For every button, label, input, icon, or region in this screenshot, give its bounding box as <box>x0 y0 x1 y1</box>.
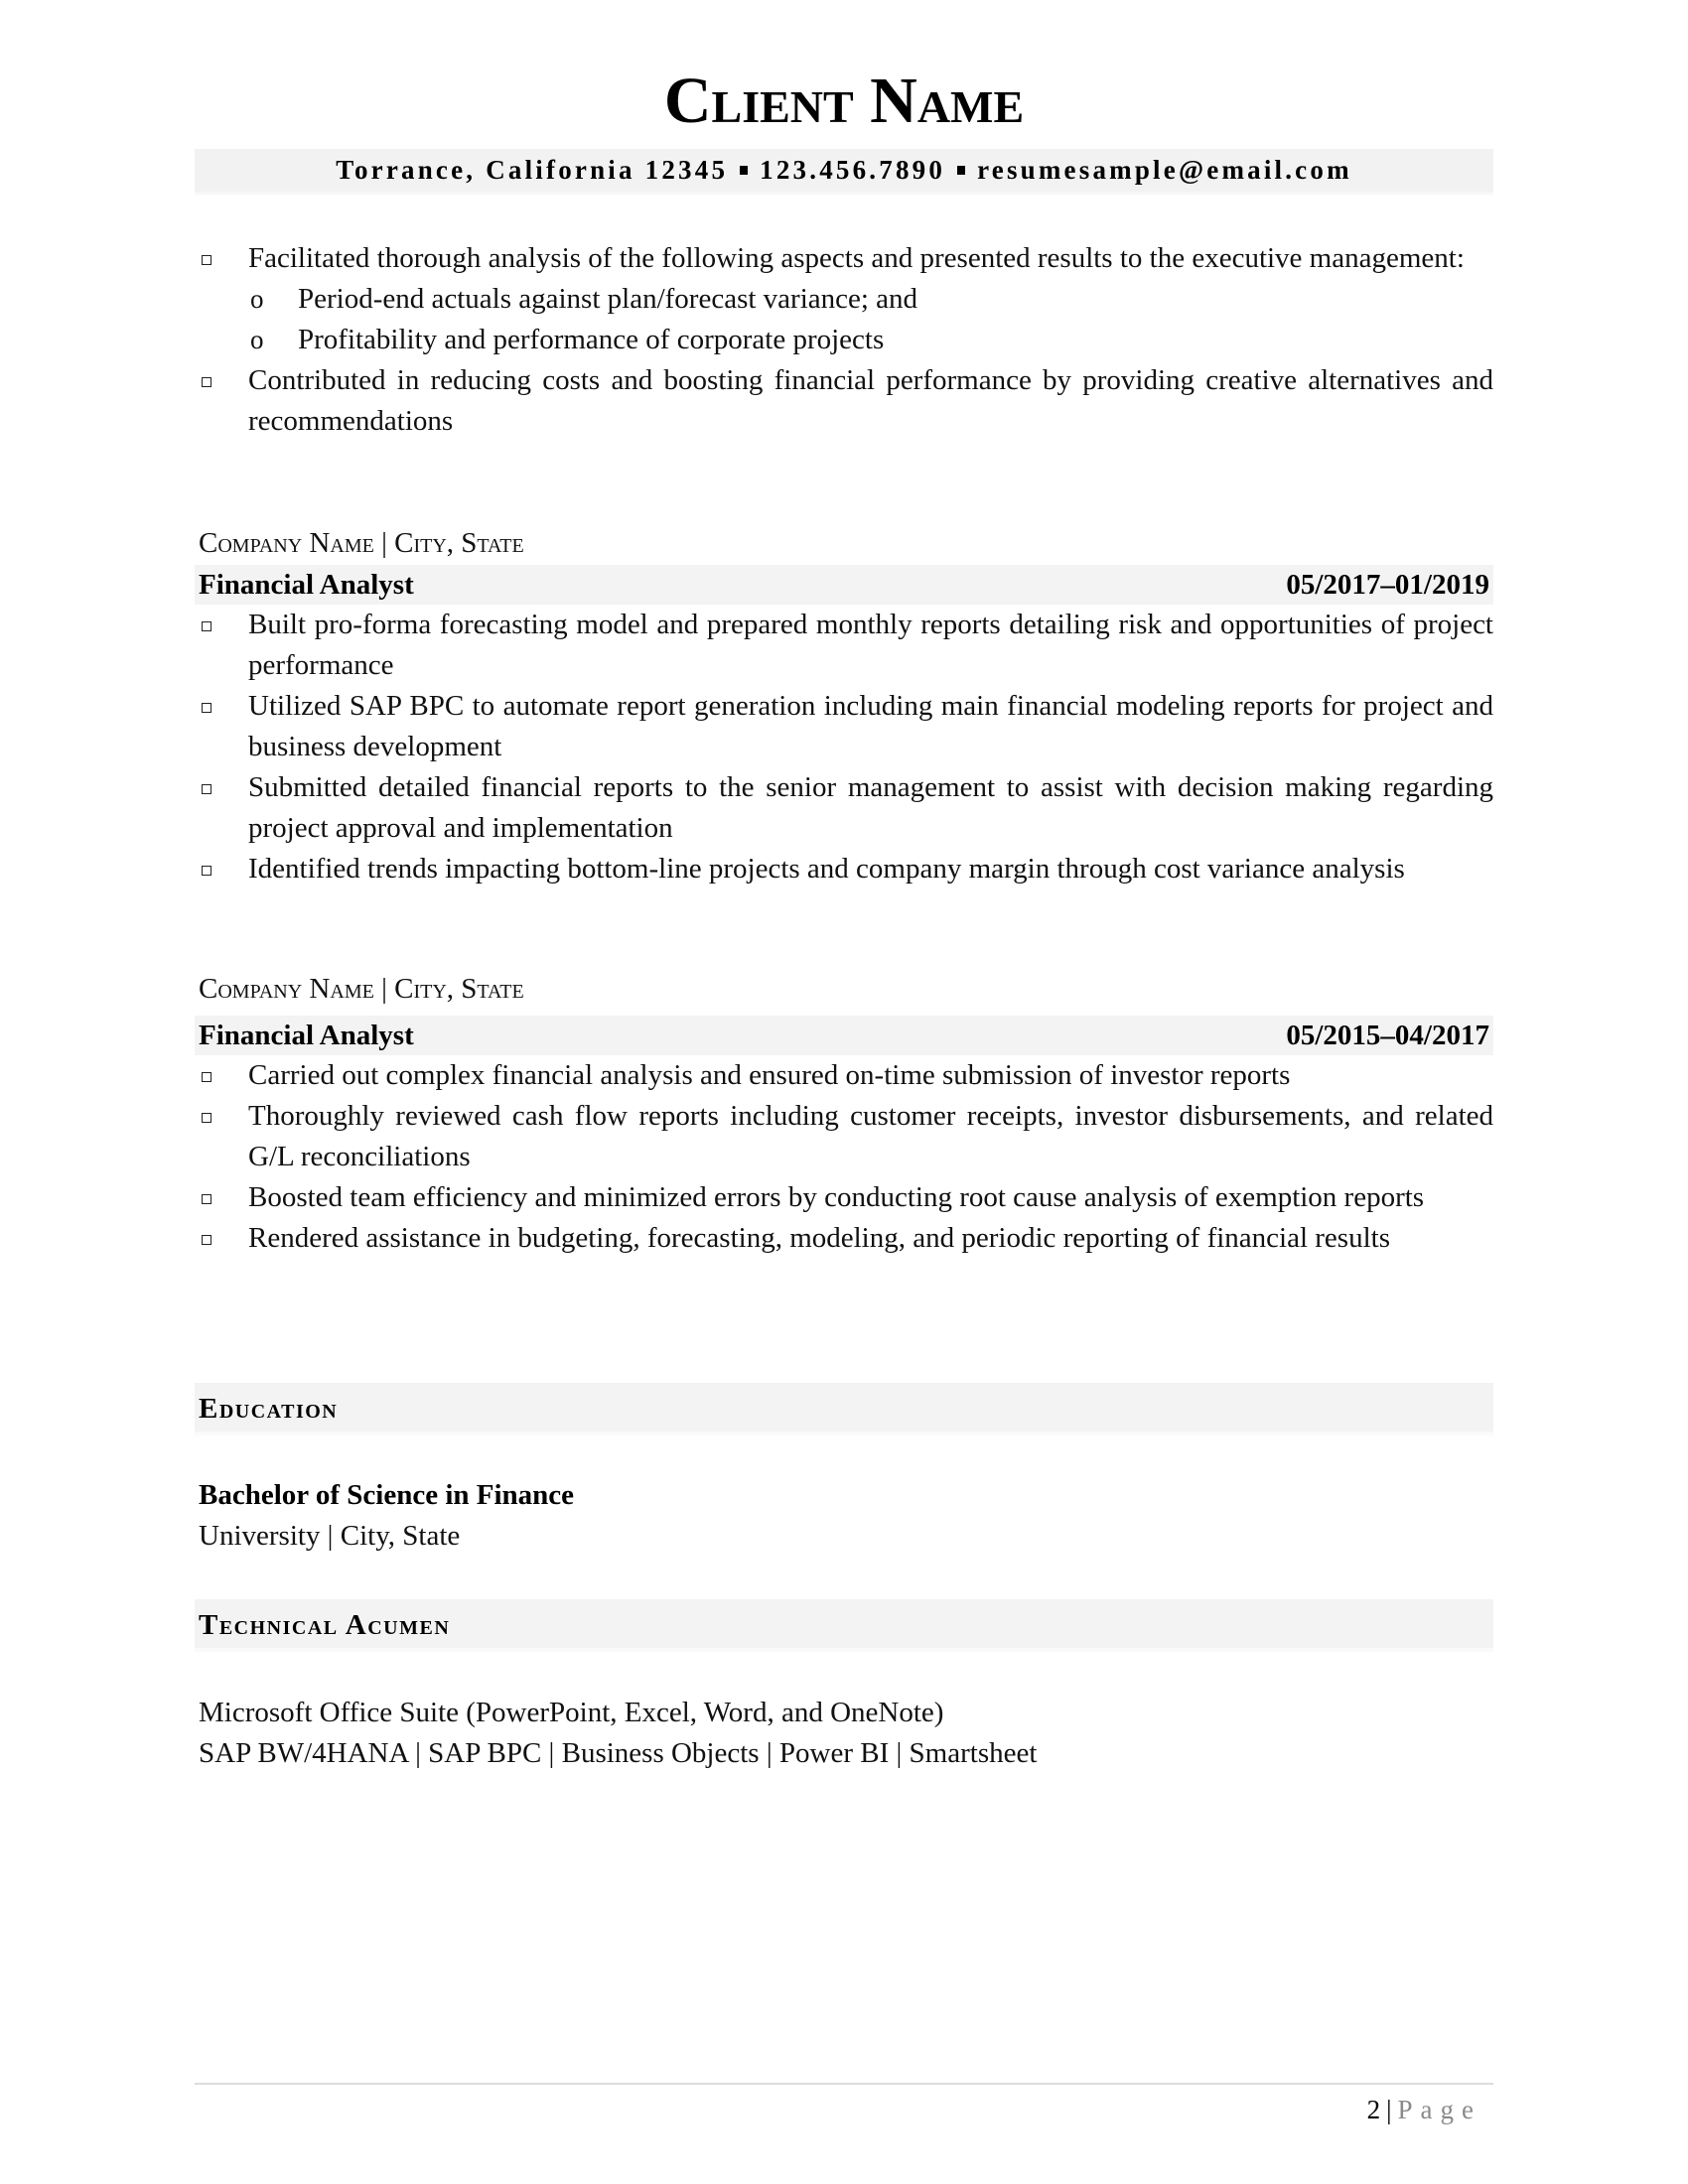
square-bullet-icon <box>202 784 211 794</box>
job-title-row: Financial Analyst 05/2017–01/2019 <box>199 565 1489 605</box>
page-footer: 2|Page <box>1192 2093 1481 2126</box>
square-bullet-icon <box>202 1072 211 1082</box>
technical-line: Microsoft Office Suite (PowerPoint, Exce… <box>199 1693 943 1733</box>
small-square-separator-icon <box>740 166 748 175</box>
list-item: Identified trends impacting bottom-line … <box>195 849 1493 889</box>
footer-divider <box>195 2083 1493 2085</box>
bullet-text: Utilized SAP BPC to automate report gene… <box>248 690 1493 762</box>
sub-list-item: oPeriod-end actuals against plan/forecas… <box>248 279 1493 320</box>
square-bullet-icon <box>202 703 211 713</box>
small-square-separator-icon <box>957 166 965 175</box>
list-item: Built pro-forma forecasting model and pr… <box>195 605 1493 686</box>
degree: Bachelor of Science in Finance <box>199 1475 574 1516</box>
list-item: Facilitated thorough analysis of the fol… <box>195 238 1493 360</box>
bullet-text: Facilitated thorough analysis of the fol… <box>248 242 1465 274</box>
sub-bullet-text: Profitability and performance of corpora… <box>298 324 884 355</box>
job-title: Financial Analyst <box>199 1016 414 1055</box>
company-line: Company Name | City, State <box>199 523 524 564</box>
square-bullet-icon <box>202 621 211 631</box>
list-item: Thoroughly reviewed cash flow reports in… <box>195 1096 1493 1177</box>
continued-bullets: Facilitated thorough analysis of the fol… <box>195 238 1493 442</box>
bullet-text: Identified trends impacting bottom-line … <box>248 853 1405 885</box>
job-dates: 05/2017–01/2019 <box>1286 565 1489 605</box>
bullet-text: Boosted team efficiency and minimized er… <box>248 1181 1424 1213</box>
contact-info: Torrance, California 12345123.456.7890re… <box>195 149 1493 192</box>
sub-bullet-text: Period-end actuals against plan/forecast… <box>298 283 917 315</box>
bullet-text: Thoroughly reviewed cash flow reports in… <box>248 1100 1493 1172</box>
list-item: Boosted team efficiency and minimized er… <box>195 1177 1493 1218</box>
job-dates: 05/2015–04/2017 <box>1286 1016 1489 1055</box>
school: University | City, State <box>199 1516 460 1557</box>
footer-separator: | <box>1386 2095 1391 2124</box>
technical-line: SAP BW/4HANA | SAP BPC | Business Object… <box>199 1733 1037 1774</box>
list-item: Submitted detailed financial reports to … <box>195 767 1493 849</box>
square-bullet-icon <box>202 1235 211 1245</box>
bullet-text: Submitted detailed financial reports to … <box>248 771 1493 844</box>
list-item: Contributed in reducing costs and boosti… <box>195 360 1493 442</box>
sub-list-item: oProfitability and performance of corpor… <box>248 320 1493 360</box>
square-bullet-icon <box>202 866 211 876</box>
education-band <box>195 1383 1493 1435</box>
list-item: Rendered assistance in budgeting, foreca… <box>195 1218 1493 1259</box>
square-bullet-icon <box>202 255 211 265</box>
contact-location: Torrance, California 12345 <box>336 155 728 185</box>
list-item: Carried out complex financial analysis a… <box>195 1055 1493 1096</box>
circle-bullet-icon: o <box>250 320 264 360</box>
page-word: Page <box>1398 2095 1481 2124</box>
job-bullets: Built pro-forma forecasting model and pr… <box>195 605 1493 889</box>
bullet-text: Contributed in reducing costs and boosti… <box>248 364 1493 437</box>
job-bullets: Carried out complex financial analysis a… <box>195 1055 1493 1259</box>
square-bullet-icon <box>202 1113 211 1123</box>
company-line: Company Name | City, State <box>199 969 524 1010</box>
list-item: Utilized SAP BPC to automate report gene… <box>195 686 1493 767</box>
contact-phone: 123.456.7890 <box>760 155 945 185</box>
section-heading-technical: Technical Acumen <box>199 1599 450 1648</box>
section-heading-education: Education <box>199 1383 338 1432</box>
square-bullet-icon <box>202 377 211 387</box>
page-number: 2 <box>1367 2095 1381 2124</box>
square-bullet-icon <box>202 1194 211 1204</box>
job-title-row: Financial Analyst 05/2015–04/2017 <box>199 1016 1489 1055</box>
client-name: Client Name <box>0 62 1688 141</box>
job-title: Financial Analyst <box>199 565 414 605</box>
bullet-text: Carried out complex financial analysis a… <box>248 1059 1290 1091</box>
bullet-text: Built pro-forma forecasting model and pr… <box>248 609 1493 681</box>
contact-email: resumesample@email.com <box>977 155 1352 185</box>
circle-bullet-icon: o <box>250 279 264 320</box>
bullet-text: Rendered assistance in budgeting, foreca… <box>248 1222 1390 1254</box>
